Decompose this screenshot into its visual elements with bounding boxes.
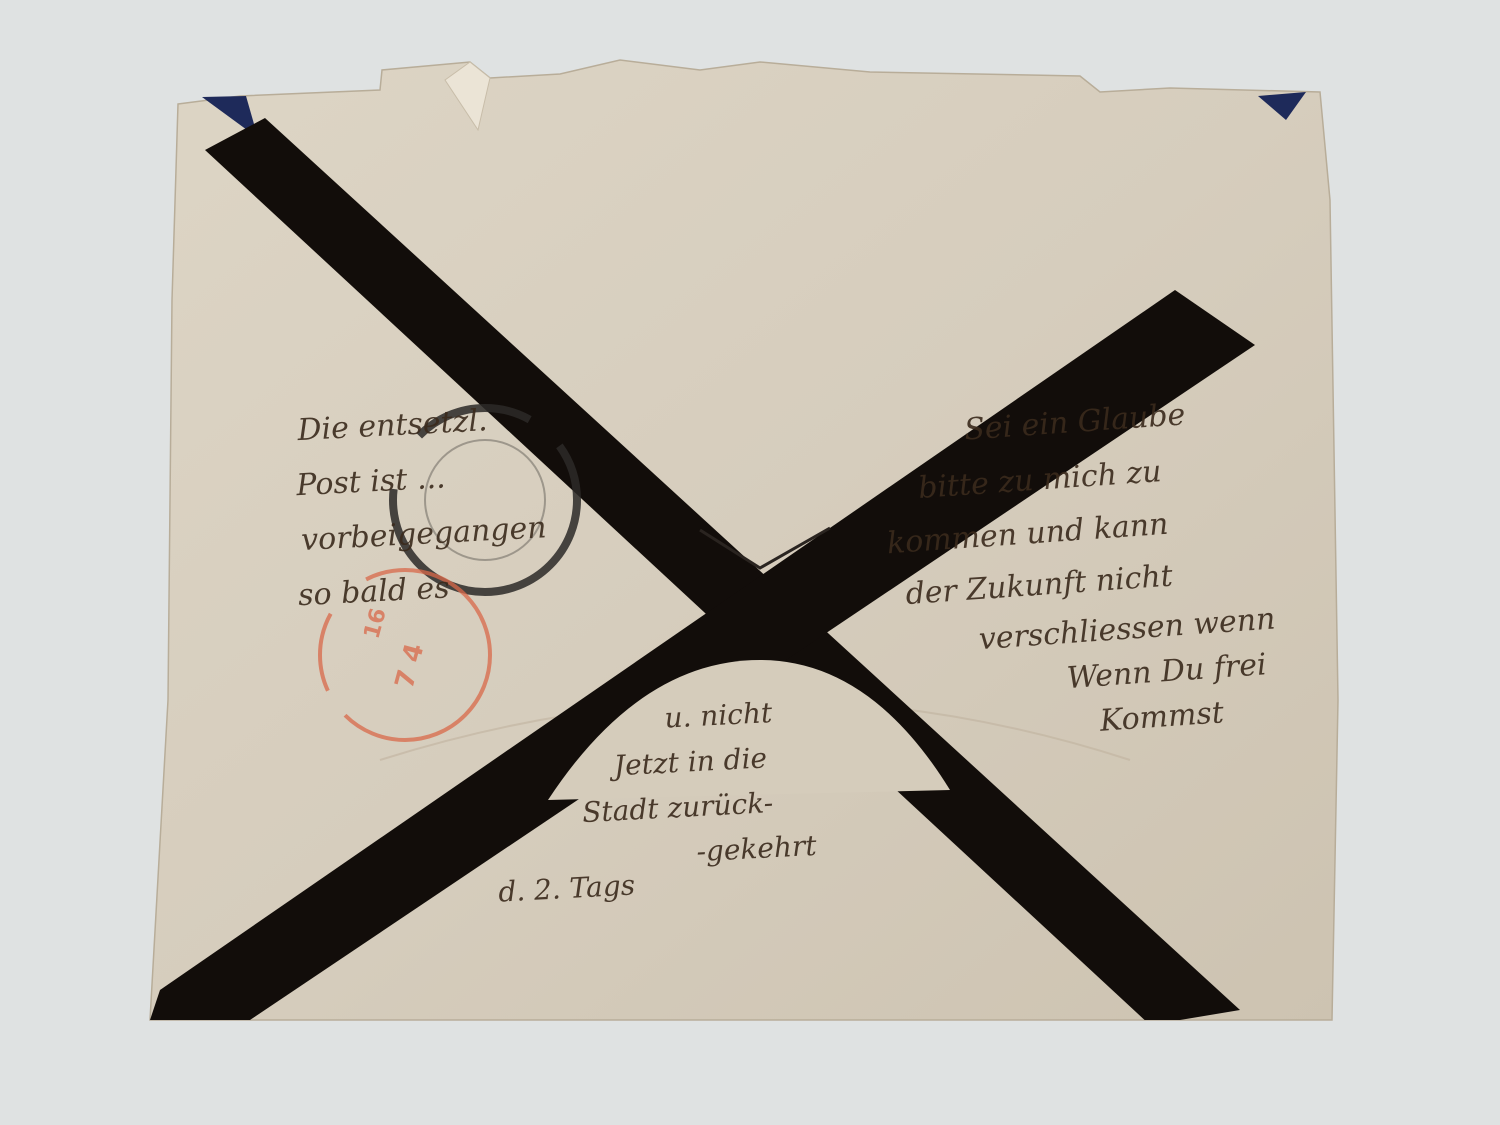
envelope-photo: 16 7 4 Die entsetzl. Post ist ... vorbei…: [0, 0, 1500, 1125]
envelope: 16 7 4 Die entsetzl. Post ist ... vorbei…: [150, 60, 1338, 1025]
hand-bottom-line-1: u. nicht: [664, 696, 774, 735]
hand-bottom-line-4: -gekehrt: [696, 829, 818, 868]
